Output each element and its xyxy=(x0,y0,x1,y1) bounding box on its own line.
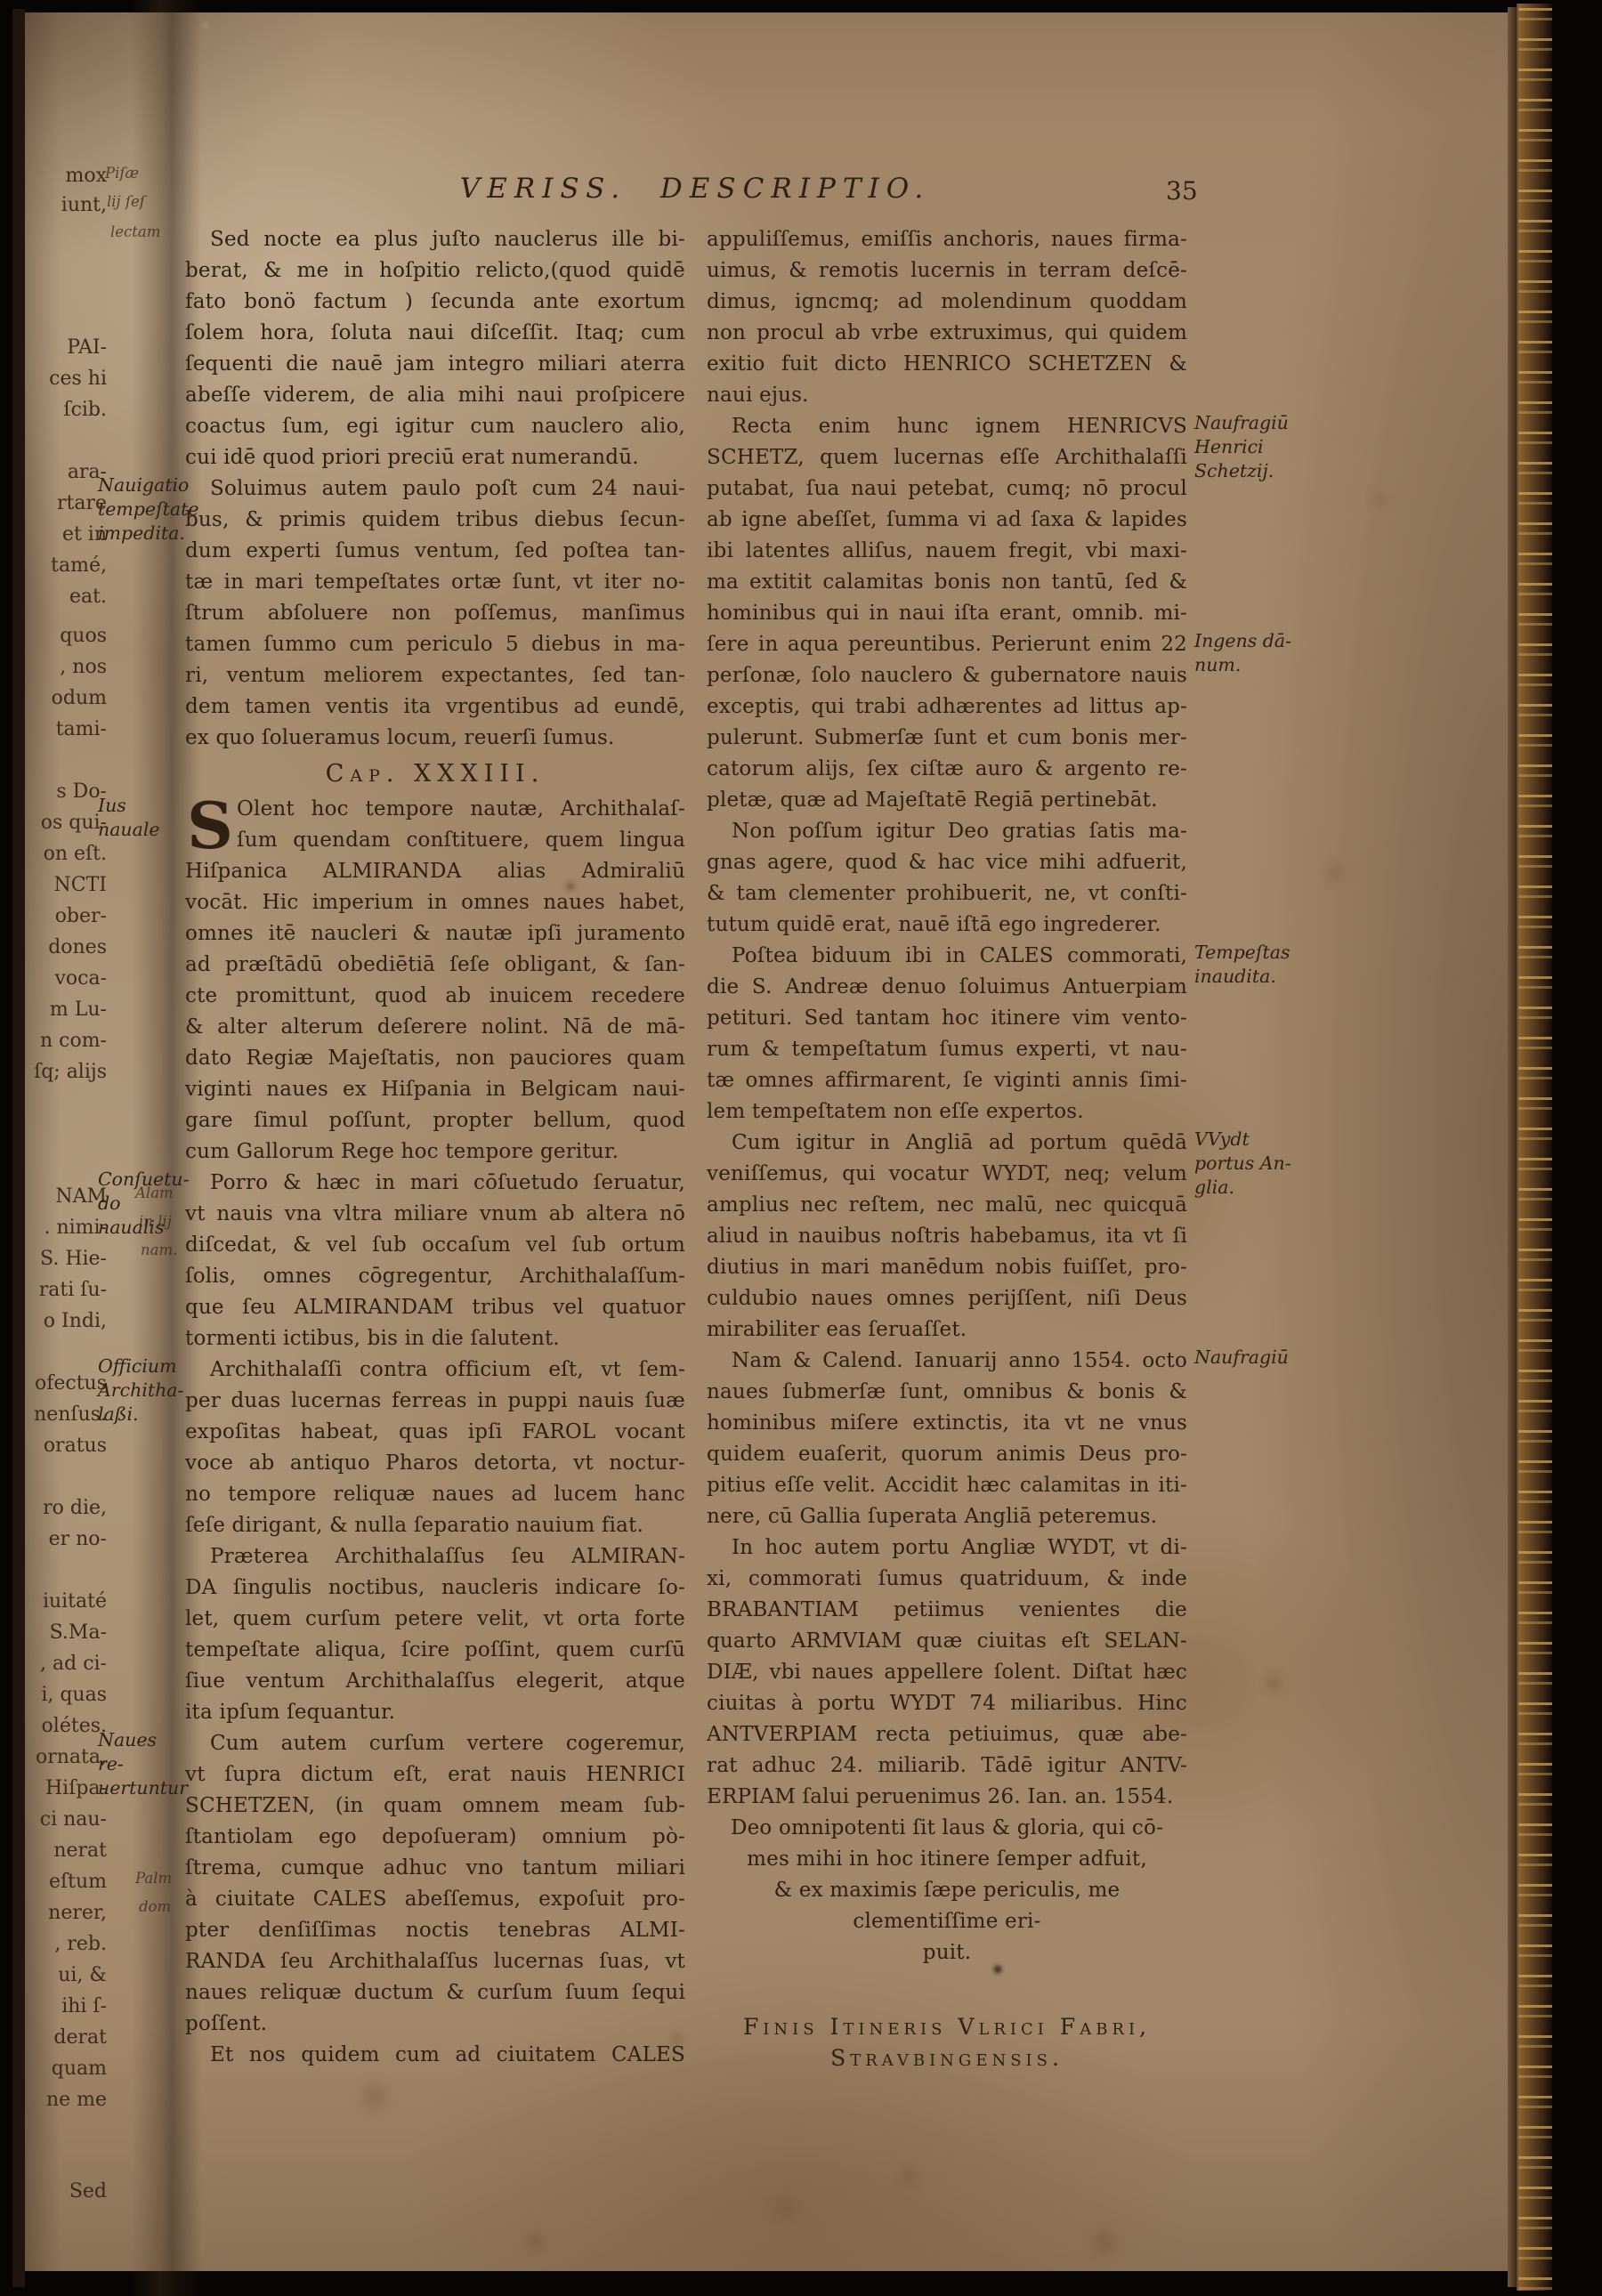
facing-page-edge-text: moxiunt,Piſælij ſeſlectamPAI-ces hiſcib.… xyxy=(27,0,109,2296)
paragraph: Non poſſum igitur Deo gratias ſatis ma-g… xyxy=(707,816,1187,941)
text-line: quidem euaſerit, quorum animis Deus pro- xyxy=(707,1439,1187,1470)
text-line: pulerunt. Submerſæ ſunt et cum bonis mer… xyxy=(707,723,1187,754)
text-line: ſere in aqua pereuntibus. Perierunt enim… xyxy=(707,629,1187,660)
page-edge-text: quam xyxy=(52,2056,107,2082)
page-edge-text: S.Ma- xyxy=(50,1620,107,1646)
text-line: ibi latentes alliſus, nauem fregit, vbi … xyxy=(707,536,1187,567)
text-line: tormenti ictibus, bis in die ſalutent. xyxy=(185,1323,685,1354)
page-edge-text: PAI- xyxy=(67,335,107,361)
text-line: per duas lucernas ferreas in puppi nauis… xyxy=(185,1386,685,1417)
text-line: ad præſtādū obediētiā ſeſe obligant, & ſ… xyxy=(185,950,685,981)
page-edge-text: voca- xyxy=(54,966,107,992)
text-line: let, quem curſum petere velit, vt orta f… xyxy=(185,1604,685,1635)
paragraph: Et nos quidem cum ad ciuitatem CALES xyxy=(185,2040,685,2071)
text-line: Archithalaſſi contra officium eſt, vt ſe… xyxy=(185,1354,685,1386)
page-edge-text: nenſus. xyxy=(34,1402,107,1428)
text-line: dimus, igncmq; ad molendinum quoddam xyxy=(707,287,1187,318)
page-edge-text: S. Hie- xyxy=(40,1246,107,1273)
text-line: ab igne abeſſet, ſumma vi ad ſaxa & lapi… xyxy=(707,505,1187,536)
page-edge-text: ſq; alijs xyxy=(34,1059,107,1086)
text-line: DIÆ, vbi naues appellere ſolent. Diſtat … xyxy=(707,1657,1187,1688)
text-line: cte promittunt, quod ab inuicem recedere xyxy=(185,981,685,1012)
text-line: que ſeu ALMIRANDAM tribus vel quatuor xyxy=(185,1292,685,1323)
text-line: pter denſiſſimas noctis tenebras ALMI- xyxy=(185,1915,685,1946)
text-line: veniſſemus, qui vocatur WYDT, neq; velum xyxy=(707,1159,1187,1190)
text-line: catorum alijs, ſex ciſtæ auro & argento … xyxy=(707,754,1187,785)
text-line: Nam & Calend. Ianuarij anno 1554. octo xyxy=(707,1346,1187,1377)
text-line: xi, commorati ſumus quatriduum, & inde xyxy=(707,1564,1187,1595)
text-line: ſtrema, cumque adhuc vno tantum miliari xyxy=(185,1853,685,1884)
text-line: pitius eſſe velit. Accidit hæc calamitas… xyxy=(707,1470,1187,1501)
text-line: ſequenti die nauē jam integro miliari at… xyxy=(185,349,685,380)
text-line: vocāt. Hic imperium in omnes naues habet… xyxy=(185,887,685,918)
text-line: Cap. XXXIII. xyxy=(185,756,685,792)
chapter-heading: Cap. XXXIII. xyxy=(185,756,685,792)
text-line: à ciuitate CALES abeſſemus, expoſuit pro… xyxy=(185,1884,685,1915)
text-line: ERPIAM ſalui peruenimus 26. Ian. an. 155… xyxy=(707,1782,1187,1813)
page-edge-text: ober- xyxy=(55,903,107,930)
text-line: poſſent. xyxy=(185,2009,685,2040)
paragraph: Præterea Archithalaſſus ſeu ALMIRAN-DA ſ… xyxy=(185,1541,685,1728)
page-edge-text: Piſæ xyxy=(105,160,139,187)
page-edge-text: , nos xyxy=(60,654,107,681)
text-line: amplius nec reſtem, nec malū, nec quicqu… xyxy=(707,1190,1187,1221)
text-line: ma extitit calamitas bonis non tantū, ſe… xyxy=(707,567,1187,598)
page-edge-text: dom xyxy=(139,1894,171,1920)
text-line: tæ in mari tempeſtates ortæ ſunt, vt ite… xyxy=(185,567,685,598)
paragraph: Nauigatiotempeſtateimpedita.Soluimus aut… xyxy=(185,473,685,754)
page-edge-text: ofectus xyxy=(35,1370,107,1397)
page-edge-text: ci nau- xyxy=(40,1807,107,1833)
page-edge-text: Palm xyxy=(135,1865,172,1892)
text-line: BRABANTIAM petiimus venientes die xyxy=(707,1595,1187,1626)
page-edge-text: n com- xyxy=(40,1028,107,1055)
text-line: abeſſe viderem, de alia mihi naui proſpi… xyxy=(185,380,685,411)
paragraph: VVydtportus An-glia.Cum igitur in Angliā… xyxy=(707,1128,1187,1346)
page-edge-text: i, quas xyxy=(41,1682,107,1709)
running-head: VERISS. DESCRIPTIO. xyxy=(185,173,1205,205)
text-line: clementiſſime eri- xyxy=(707,1906,1187,1937)
text-line: dum experti ſumus ventum, ſed poſtea tan… xyxy=(185,536,685,567)
text-line: petituri. Sed tantam hoc itinere vim ven… xyxy=(707,1003,1187,1034)
text-line: In hoc autem portu Angliæ WYDT, vt di- xyxy=(707,1532,1187,1564)
margin-note: Naues re-uertuntur xyxy=(98,1728,182,1800)
text-line: lem tempeſtatem non eſſe expertos. xyxy=(707,1096,1187,1128)
page-edge-text: iuitaté xyxy=(43,1589,107,1615)
page-block-edge xyxy=(1508,7,1517,2287)
margin-note: Ingens dā-num. xyxy=(1194,629,1315,677)
text-line: Non poſſum igitur Deo gratias ſatis ma- xyxy=(707,816,1187,847)
text-line: voce ab antiquo Pharos detorta, vt noctu… xyxy=(185,1448,685,1479)
page-edge-text: ces hi xyxy=(49,366,107,392)
text-line: tamen ſummo cum periculo 5 diebus in ma- xyxy=(185,629,685,660)
page-number: 35 xyxy=(1166,176,1198,206)
text-line: non procul ab vrbe extruximus, qui quide… xyxy=(707,318,1187,349)
margin-note: Ius nauale xyxy=(98,794,182,842)
text-line: dem tamen ventis ita vrgentibus ad eundē… xyxy=(185,691,685,723)
text-line: SCHETZ, quem lucernas eſſe Archithalaſſi xyxy=(707,442,1187,473)
page-edge-text: ro die, xyxy=(43,1495,107,1522)
text-line: diſcedat, & vel ſub occaſum vel ſub ortu… xyxy=(185,1230,685,1261)
page-edge-text: ſcib. xyxy=(63,397,107,424)
paragraph: NaufragiūHenriciSchetzij.Ingens dā-num.R… xyxy=(707,411,1187,816)
text-line: perſonæ, ſolo nauclero & gubernatore nau… xyxy=(707,660,1187,691)
text-line: Finis Itineris Vlrici Fabri, xyxy=(707,2011,1187,2042)
text-line: Olent hoc tempore nautæ, Archithalaſ- xyxy=(185,794,685,825)
text-line: vt ſupra dictum eſt, erat nauis HENRICI xyxy=(185,1759,685,1791)
text-line: DA ſingulis noctibus, naucleris indicare… xyxy=(185,1572,685,1604)
text-line: ita ipſum ſequantur. xyxy=(185,1697,685,1728)
text-line: bus, & primis quidem tribus diebus ſecun… xyxy=(185,505,685,536)
text-line: Recta enim hunc ignem HENRICVS xyxy=(707,411,1187,442)
page-edge-text: ui, & xyxy=(58,1962,107,1989)
page-edge-text: m Lu- xyxy=(50,997,107,1023)
text-line: ciuitas à portu WYDT 74 miliaribus. Hinc xyxy=(707,1688,1187,1719)
text-line: naues ſubmerſæ ſunt, omnibus & bonis & xyxy=(707,1377,1187,1408)
page-edge-text: iunt, xyxy=(61,192,107,219)
page-edge-text: odum xyxy=(52,685,107,712)
text-line: ri, ventum meliorem expectantes, ſed tan… xyxy=(185,660,685,691)
text-line: hominibus qui in naui iſta erant, omnib.… xyxy=(707,598,1187,629)
text-line: fato bonö factum ) ſecunda ante exortum xyxy=(185,287,685,318)
left-page-stack-edge xyxy=(12,9,25,2287)
paragraph: NaufragiūNam & Calend. Ianuarij anno 155… xyxy=(707,1346,1187,1532)
text-line: viginti naues ex Hiſpania in Belgicam na… xyxy=(185,1074,685,1105)
left-column: Sed nocte ea plus juſto nauclerus ille b… xyxy=(185,224,685,2071)
page-edge-text: lij ſeſ xyxy=(107,189,145,215)
text-line: ſtrum abſoluere non poſſemus, manſimus xyxy=(185,598,685,629)
margin-note: Naufragiū xyxy=(1194,1346,1315,1370)
page-edge-text: lectam xyxy=(110,219,160,246)
text-line: tempeſtate aliqua, ſcire poſſint, quem c… xyxy=(185,1635,685,1666)
page-edge-text: quos xyxy=(60,623,107,650)
margin-note: Tempeſtasinaudita. xyxy=(1194,941,1315,989)
text-line: RANDA ſeu Archithalaſſus lucernas ſuas, … xyxy=(185,1946,685,1977)
paragraph: Sed nocte ea plus juſto nauclerus ille b… xyxy=(185,224,685,473)
text-line: pletæ, quæ ad Majeſtatē Regiā pertinebāt… xyxy=(707,785,1187,816)
text-line: ſiue ventum Archithalaſſus elegerit, atq… xyxy=(185,1666,685,1697)
paragraph: Naues re-uertunturCum autem curſum verte… xyxy=(185,1728,685,2040)
text-line: appuliſſemus, emiſſis anchoris, naues fi… xyxy=(707,224,1187,255)
text-line: Stravbingensis. xyxy=(707,2042,1187,2074)
page-edge-text: , reb. xyxy=(54,1931,107,1958)
text-line: & alter alterum deſerere nolint. Nā de m… xyxy=(185,1012,685,1043)
text-line: cum Gallorum Rege hoc tempore geritur. xyxy=(185,1136,685,1168)
drop-cap: S xyxy=(187,796,233,855)
paragraph: OfficiumArchitha-laßi.Archithalaſſi cont… xyxy=(185,1354,685,1541)
margin-note: Nauigatiotempeſtateimpedita. xyxy=(98,473,182,546)
page-edge-text: derat xyxy=(53,2025,107,2051)
text-line: tutum quidē erat, nauē iſtā ego ingreder… xyxy=(707,910,1187,941)
paragraph: In hoc autem portu Angliæ WYDT, vt di-xi… xyxy=(707,1532,1187,1813)
page-edge-text: dones xyxy=(48,934,107,961)
text-line: rat adhuc 24. miliarib. Tādē igitur ANTV… xyxy=(707,1750,1187,1782)
paragraph: Tempeſtasinaudita.Poſtea biduum ibi in C… xyxy=(707,941,1187,1128)
text-line: coactus ſum, egi igitur cum nauclero ali… xyxy=(185,411,685,442)
text-line: & ex maximis ſæpe periculis, me xyxy=(707,1875,1187,1906)
page-edge-text: nerer, xyxy=(48,1900,107,1927)
page-edge-text: nam. xyxy=(141,1237,177,1264)
text-line: nere, cū Gallia ſuperata Angliā peteremu… xyxy=(707,1501,1187,1532)
text-line: putabat, ſua naui petebat, cumq; nō proc… xyxy=(707,473,1187,505)
page-edge-text: NCTI xyxy=(54,872,107,899)
text-line: ſtantiolam ego depoſueram) omnium pò- xyxy=(185,1822,685,1853)
text-line: dato Regiæ Majeſtatis, non pauciores qua… xyxy=(185,1043,685,1074)
page-edge-text: olétes. xyxy=(42,1713,107,1740)
text-line: no tempore reliquæ naues ad lucem hanc xyxy=(185,1479,685,1510)
text-line: mirabiliter eas ſeruaſſet. xyxy=(707,1314,1187,1346)
margin-note: OfficiumArchitha-laßi. xyxy=(98,1354,182,1427)
page-edge-text: on eſt. xyxy=(44,841,107,868)
paragraph: appuliſſemus, emiſſis anchoris, naues fi… xyxy=(707,224,1187,411)
text-line: ex quo ſolueramus locum, reuerſi ſumus. xyxy=(185,723,685,754)
text-line: cui idē quod priori preciū erat numerand… xyxy=(185,442,685,473)
text-line: hominibus miſere extinctis, ita vt ne vn… xyxy=(707,1408,1187,1439)
gilt-binding-edge xyxy=(1517,4,1552,2291)
page-edge-text: Sed xyxy=(69,2179,107,2205)
page-edge-text: ornata, xyxy=(36,1744,107,1771)
text-line: ſeſe dirigant, & nulla ſeparatio nauium … xyxy=(185,1510,685,1541)
page-edge-text: tami- xyxy=(56,716,107,743)
margin-note: Conſuetu-do naualis xyxy=(98,1168,182,1240)
text-line: aliud in nauibus noſtris habebamus, ita … xyxy=(707,1221,1187,1252)
text-line: Præterea Archithalaſſus ſeu ALMIRAN- xyxy=(185,1541,685,1572)
text-line: gnas agere, quod & hac vice mihi adfueri… xyxy=(707,847,1187,878)
text-line: Et nos quidem cum ad ciuitatem CALES xyxy=(185,2040,685,2071)
text-line: mes mihi in hoc itinere ſemper adfuit, xyxy=(707,1844,1187,1875)
text-line: Porro & hæc in mari cōſuetudo ſeruatur, xyxy=(185,1168,685,1199)
text-line: naui ejus. xyxy=(707,380,1187,411)
text-line: ſolem hora, ſoluta naui diſceſſit. Itaq;… xyxy=(185,318,685,349)
text-line: Hiſpanica ALMIRANDA alias Admiraliū xyxy=(185,856,685,887)
text-line: omnes itē naucleri & nautæ ipſi jurament… xyxy=(185,918,685,950)
text-line: Sed nocte ea plus juſto nauclerus ille b… xyxy=(185,224,685,255)
page-edge-text: , ad ci- xyxy=(40,1651,107,1678)
page-edge-text: eſtum xyxy=(49,1869,107,1896)
text-line: Cum autem curſum vertere cogeremur, xyxy=(185,1728,685,1759)
margin-note: NaufragiūHenriciSchetzij. xyxy=(1194,411,1315,483)
text-line: quarto ARMVIAM quæ ciuitas eſt SELAN- xyxy=(707,1626,1187,1657)
page-edge-text: nerat xyxy=(53,1838,107,1864)
page-edge-text: er no- xyxy=(49,1526,107,1553)
text-line: exceptis, qui trabi adhærentes ad littus… xyxy=(707,691,1187,723)
text-line: ſolis, omnes cōgregentur, Archithalaſſum… xyxy=(185,1261,685,1292)
text-line: die S. Andreæ denuo ſoluimus Antuerpiam xyxy=(707,972,1187,1003)
book-scan: moxiunt,Piſælij ſeſlectamPAI-ces hiſcib.… xyxy=(0,0,1602,2296)
text-line: culdubio naues omnes perijſſent, niſi De… xyxy=(707,1283,1187,1314)
text-line: ſum quendam conſtituere, quem lingua xyxy=(185,825,685,856)
paragraph: Ius naualeSOlent hoc tempore nautæ, Arch… xyxy=(185,794,685,1168)
page-edge-text: tamé, xyxy=(51,553,107,579)
page-edge-text: eat. xyxy=(69,584,107,610)
text-line: rum & tempeſtatum ſumus experti, vt nau- xyxy=(707,1034,1187,1065)
text-line: vt nauis vna vltra miliare vnum ab alter… xyxy=(185,1199,685,1230)
text-line: & tam clementer prohibuerit, ne, vt conſ… xyxy=(707,878,1187,910)
text-line: puit. xyxy=(707,1937,1187,1969)
page-edge-text: mox xyxy=(65,163,107,190)
text-line: Cum igitur in Angliā ad portum quēdā xyxy=(707,1128,1187,1159)
text-line: diutius in mari manēdum nobis fuiſſet, p… xyxy=(707,1252,1187,1283)
margin-note: VVydtportus An-glia. xyxy=(1194,1128,1315,1200)
page-edge-text: rati ſu- xyxy=(39,1277,107,1304)
page-edge-text: o Indi, xyxy=(44,1308,107,1335)
finis-colophon: Finis Itineris Vlrici Fabri,Stravbingens… xyxy=(707,2011,1187,2074)
text-line: exitio fuit dicto HENRICO SCHETZEN & xyxy=(707,349,1187,380)
page-edge-text: ne me xyxy=(46,2087,107,2114)
text-line: berat, & me in hoſpitio relicto,(quod qu… xyxy=(185,255,685,287)
text-line: SCHETZEN, (in quam omnem meam ſub- xyxy=(185,1791,685,1822)
text-line: gare ſimul poſſunt, propter bellum, quod xyxy=(185,1105,685,1136)
text-line: Poſtea biduum ibi in CALES commorati, xyxy=(707,941,1187,972)
paragraph: Conſuetu-do naualisPorro & hæc in mari c… xyxy=(185,1168,685,1354)
page-edge-text: oratus xyxy=(44,1433,107,1459)
text-line: Soluimus autem paulo poſt cum 24 naui- xyxy=(185,473,685,505)
text-line: uimus, & remotis lucernis in terram deſc… xyxy=(707,255,1187,287)
text-line: tæ omnes affirmarent, ſe viginti annis ſ… xyxy=(707,1065,1187,1096)
paragraph: Deo omnipotenti ſit laus & gloria, qui c… xyxy=(707,1813,1187,1969)
page-edge-text: ihi ſ- xyxy=(61,1993,107,2020)
right-column: appuliſſemus, emiſſis anchoris, naues fi… xyxy=(707,224,1187,2074)
text-line: naues reliquæ ductum & curſum ſuum ſequi xyxy=(185,1977,685,2009)
text-line: Deo omnipotenti ſit laus & gloria, qui c… xyxy=(707,1813,1187,1844)
page-edge-text: os qui- xyxy=(41,810,107,837)
text-line: ANTVERPIAM recta petiuimus, quæ abe- xyxy=(707,1719,1187,1750)
text-line: expoſitas habeat, quas ipſi FAROL vocant xyxy=(185,1417,685,1448)
